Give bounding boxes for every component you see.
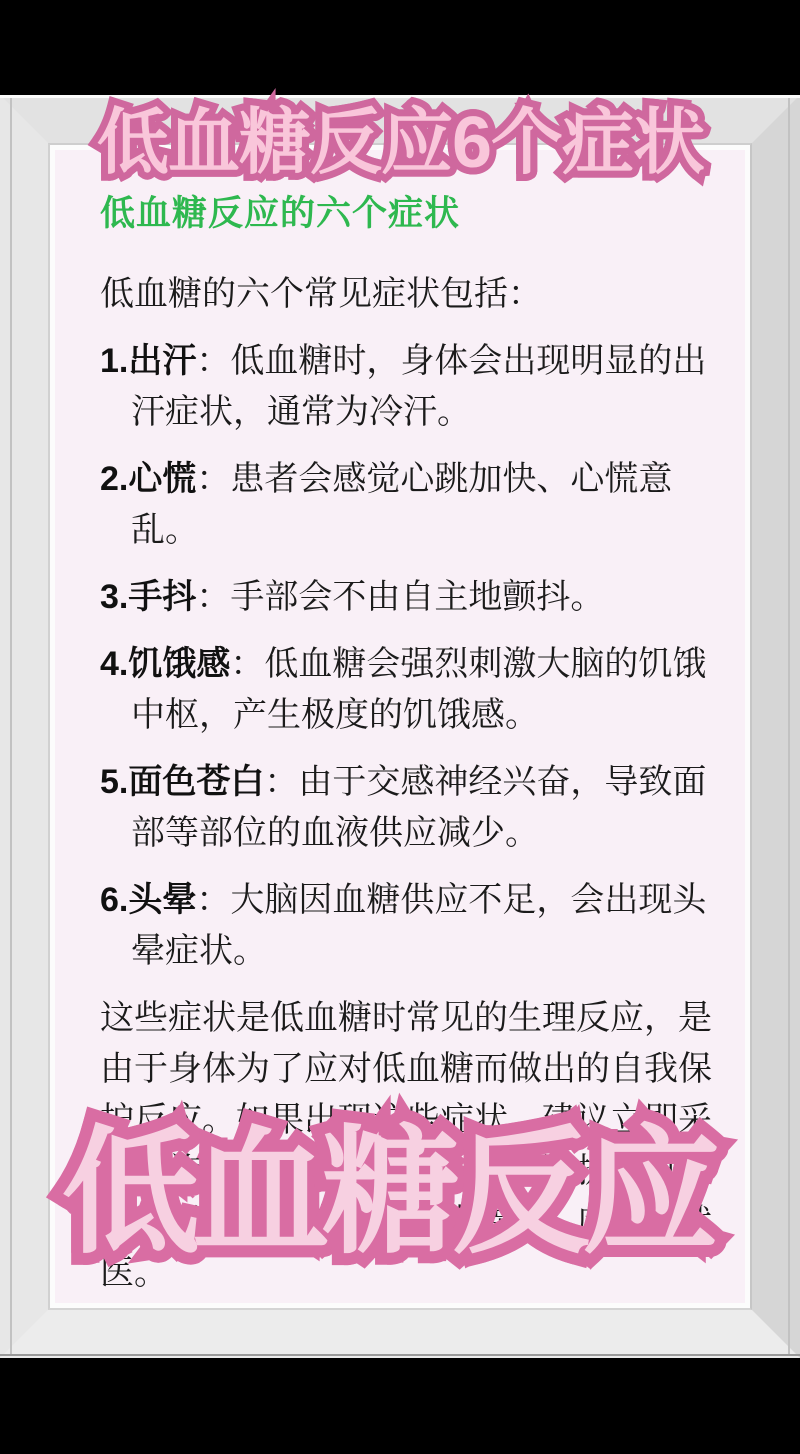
symptom-number: 3. — [100, 578, 128, 616]
symptom-name: 出汗 — [128, 342, 196, 380]
symptom-line: 1.出汗：低血糖时，身体会出现明显的出 — [100, 336, 715, 387]
symptom-text: ：由于交感神经兴奋，导致面 — [264, 763, 706, 801]
symptom-line: 4.饥饿感：低血糖会强烈刺激大脑的饥饿 — [100, 639, 715, 690]
symptom-number: 6. — [100, 881, 128, 919]
frame-left-crease — [10, 98, 12, 1354]
frame-bottom-shadow — [0, 1354, 800, 1356]
symptom-text: ：患者会感觉心跳加快、心慌意 — [196, 460, 672, 498]
symptom-item-2: 2.心慌：患者会感觉心跳加快、心慌意 乱。 — [100, 454, 715, 556]
symptom-line: 5.面色苍白：由于交感神经兴奋，导致面 — [100, 757, 715, 808]
symptom-name: 心慌 — [128, 460, 196, 498]
symptom-text: ：低血糖时，身体会出现明显的出 — [196, 342, 706, 380]
closing-line: 由于身体为了应对低血糖而做出的自我保 — [100, 1044, 715, 1095]
symptom-name: 头晕 — [128, 881, 196, 919]
symptom-name: 饥饿感 — [128, 645, 230, 683]
symptom-name: 手抖 — [128, 578, 196, 616]
symptom-item-3: 3.手抖：手部会不由自主地颤抖。 — [100, 572, 715, 623]
symptom-line: 3.手抖：手部会不由自主地颤抖。 — [100, 572, 715, 623]
intro-line: 低血糖的六个常见症状包括： — [100, 269, 715, 320]
symptom-line-wrap: 部等部位的血液供应减少。 — [100, 808, 715, 859]
symptom-text: ：手部会不由自主地颤抖。 — [196, 578, 604, 616]
frame-right-crease — [788, 98, 790, 1354]
symptom-item-6: 6.头晕：大脑因血糖供应不足，会出现头 晕症状。 — [100, 875, 715, 977]
symptom-number: 4. — [100, 645, 128, 683]
symptom-item-4: 4.饥饿感：低血糖会强烈刺激大脑的饥饿 中枢，产生极度的饥饿感。 — [100, 639, 715, 741]
symptom-number: 2. — [100, 460, 128, 498]
symptom-line-wrap: 乱。 — [100, 505, 715, 556]
symptom-name: 面色苍白 — [128, 763, 264, 801]
symptom-item-1: 1.出汗：低血糖时，身体会出现明显的出 汗症状，通常为冷汗。 — [100, 336, 715, 438]
symptom-line-wrap: 晕症状。 — [100, 926, 715, 977]
watermark-overlay-text: 低血糖反应 — [62, 1118, 712, 1268]
page-title: 低血糖反应6个症状 — [97, 100, 704, 186]
symptom-text: ：大脑因血糖供应不足，会出现头 — [196, 881, 706, 919]
symptom-item-5: 5.面色苍白：由于交感神经兴奋，导致面 部等部位的血液供应减少。 — [100, 757, 715, 859]
symptom-line: 2.心慌：患者会感觉心跳加快、心慌意 — [100, 454, 715, 505]
symptom-line-wrap: 汗症状，通常为冷汗。 — [100, 387, 715, 438]
symptom-line-wrap: 中枢，产生极度的饥饿感。 — [100, 690, 715, 741]
symptom-number: 5. — [100, 763, 128, 801]
subtitle: 低血糖反应的六个症状 — [100, 195, 715, 233]
symptom-line: 6.头晕：大脑因血糖供应不足，会出现头 — [100, 875, 715, 926]
closing-line: 这些症状是低血糖时常见的生理反应，是 — [100, 993, 715, 1044]
symptom-number: 1. — [100, 342, 128, 380]
symptom-text: ：低血糖会强烈刺激大脑的饥饿 — [230, 645, 706, 683]
frame-top-highlight — [0, 95, 800, 98]
page: 低血糖反应的六个症状 低血糖的六个常见症状包括： 1.出汗：低血糖时，身体会出现… — [0, 0, 800, 1454]
